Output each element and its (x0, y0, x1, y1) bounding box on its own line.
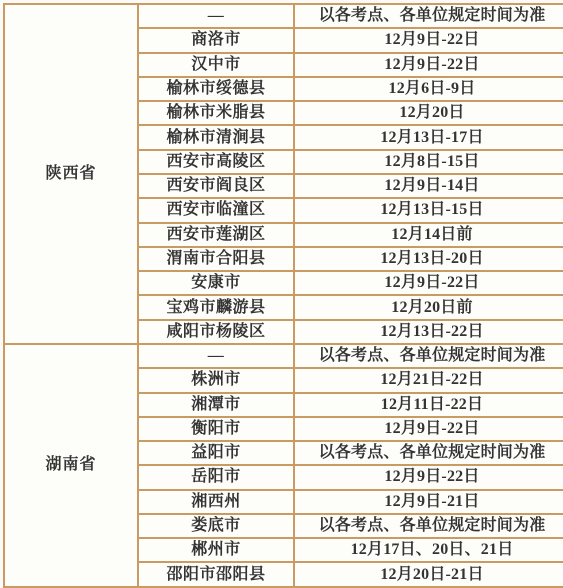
city-cell: 益阳市 (138, 441, 294, 465)
city-cell: 商洛市 (138, 28, 294, 52)
exam-dates-table-body: 陕西省—以各考点、各单位规定时间为准商洛市12月9日-22日汉中市12月9日-2… (4, 4, 563, 587)
city-cell: 湘潭市 (138, 393, 294, 417)
date-cell: 12月9日-21日 (294, 490, 563, 514)
date-cell: 12月9日-22日 (294, 465, 563, 489)
city-cell: 衡阳市 (138, 417, 294, 441)
exam-dates-table: 陕西省—以各考点、各单位规定时间为准商洛市12月9日-22日汉中市12月9日-2… (3, 3, 563, 588)
city-cell: 榆林市米脂县 (138, 101, 294, 125)
city-cell: — (138, 344, 294, 368)
city-cell: 西安市临潼区 (138, 198, 294, 222)
date-cell: 12月11日-22日 (294, 393, 563, 417)
city-cell: 株洲市 (138, 368, 294, 392)
date-cell: 以各考点、各单位规定时间为准 (294, 4, 563, 28)
date-cell: 12月9日-22日 (294, 271, 563, 295)
date-cell: 12月9日-22日 (294, 28, 563, 52)
city-cell: 宝鸡市麟游县 (138, 295, 294, 319)
exam-registration-dates-screenshot: 陕西省—以各考点、各单位规定时间为准商洛市12月9日-22日汉中市12月9日-2… (0, 0, 563, 588)
date-cell: 12月9日-22日 (294, 417, 563, 441)
date-cell: 12月21日-22日 (294, 368, 563, 392)
date-cell: 12月13日-20日 (294, 247, 563, 271)
city-cell: 岳阳市 (138, 465, 294, 489)
city-cell: 榆林市绥德县 (138, 77, 294, 101)
city-cell: — (138, 4, 294, 28)
date-cell: 12月20日 (294, 101, 563, 125)
city-cell: 娄底市 (138, 514, 294, 538)
date-cell: 12月8日-15日 (294, 150, 563, 174)
city-cell: 湘西州 (138, 490, 294, 514)
date-cell: 12月20日前 (294, 295, 563, 319)
date-cell: 12月17日、20日、21日 (294, 538, 563, 562)
date-cell: 12月9日-14日 (294, 174, 563, 198)
province-cell: 湖南省 (4, 344, 138, 587)
date-cell: 12月20日-21日 (294, 562, 563, 587)
date-cell: 以各考点、各单位规定时间为准 (294, 441, 563, 465)
city-cell: 渭南市合阳县 (138, 247, 294, 271)
date-cell: 12月6日-9日 (294, 77, 563, 101)
city-cell: 西安市高陵区 (138, 150, 294, 174)
city-cell: 安康市 (138, 271, 294, 295)
date-cell: 12月13日-22日 (294, 320, 563, 344)
table-row: 湖南省—以各考点、各单位规定时间为准 (4, 344, 563, 368)
date-cell: 以各考点、各单位规定时间为准 (294, 344, 563, 368)
city-cell: 西安市莲湖区 (138, 223, 294, 247)
city-cell: 榆林市清涧县 (138, 125, 294, 149)
date-cell: 12月13日-17日 (294, 125, 563, 149)
table-row: 陕西省—以各考点、各单位规定时间为准 (4, 4, 563, 28)
date-cell: 12月9日-22日 (294, 53, 563, 77)
city-cell: 郴州市 (138, 538, 294, 562)
city-cell: 汉中市 (138, 53, 294, 77)
city-cell: 咸阳市杨陵区 (138, 320, 294, 344)
date-cell: 12月14日前 (294, 223, 563, 247)
city-cell: 西安市阎良区 (138, 174, 294, 198)
date-cell: 12月13日-15日 (294, 198, 563, 222)
date-cell: 以各考点、各单位规定时间为准 (294, 514, 563, 538)
city-cell: 邵阳市邵阳县 (138, 562, 294, 587)
province-cell: 陕西省 (4, 4, 138, 344)
